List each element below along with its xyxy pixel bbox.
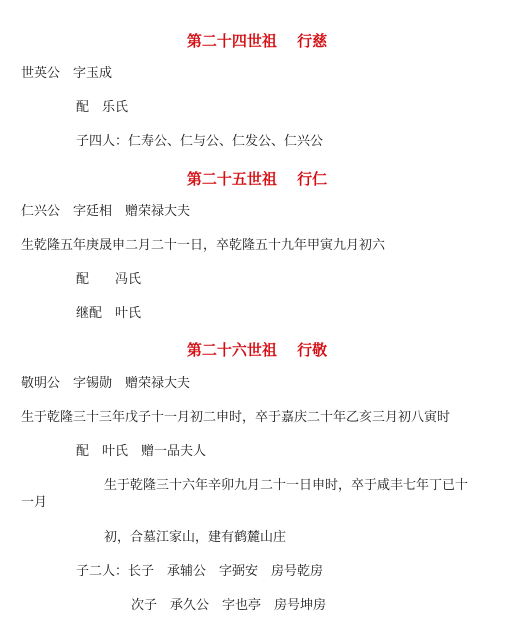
- section-title-24th-generation: 第二十四世祖 行慈: [0, 32, 514, 50]
- ancestor-name-line: 敬明公 字锡勋 赠荣禄大夫: [21, 376, 190, 392]
- birth-death-line: 生于乾隆三十三年戊子十一月初二申时，卒于嘉庆二十年乙亥三月初八寅时: [21, 410, 450, 426]
- section-title-26th-generation: 第二十六世祖 行敬: [0, 341, 514, 359]
- second-son-line: 次子 承久公 字也亭 房号坤房: [131, 598, 326, 614]
- ancestor-name-line: 世英公 字玉成: [21, 66, 112, 82]
- spouse-line: 配 冯氏: [76, 272, 141, 288]
- spouse-line: 配 乐氏: [76, 100, 128, 116]
- spouse-birth-death-line: 生于乾隆三十六年辛卯九月二十一日申时，卒于咸丰七年丁已十: [104, 478, 468, 494]
- spouse-line: 配 叶氏 赠一品夫人: [76, 444, 206, 460]
- sons-line: 子四人：仁寿公、仁与公、仁发公、仁兴公: [76, 134, 323, 150]
- ancestor-name-line: 仁兴公 字廷相 赠荣禄大夫: [21, 204, 190, 220]
- section-title-25th-generation: 第二十五世祖 行仁: [0, 170, 514, 188]
- sons-line: 子二人：长子 承辅公 字弼安 房号乾房: [76, 564, 323, 580]
- birth-death-line: 生乾隆五年庚晟申二月二十一日，卒乾隆五十九年甲寅九月初六: [21, 238, 385, 254]
- spouse-birth-death-wrap: 一月: [21, 495, 47, 511]
- burial-line: 初，合墓江家山，建有鹤麓山庄: [104, 530, 286, 546]
- second-spouse-line: 继配 叶氏: [76, 306, 141, 322]
